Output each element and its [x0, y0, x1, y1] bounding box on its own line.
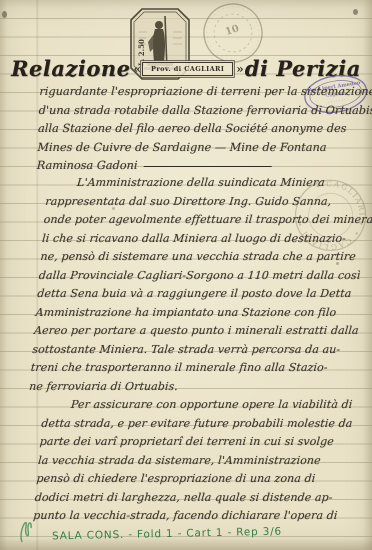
body-line: L'Amministrazione della suindicata Minie… — [46, 174, 354, 193]
subtitle-line: d'una strada rotabile dalla Stazione fer… — [38, 102, 339, 121]
subtitle-paragraph: riguardante l'espropriazione di terreni … — [36, 83, 339, 176]
subtitle-line-text: Raminosa Gadoni — [37, 159, 138, 172]
province-box: Prov. di CAGLIARI — [142, 62, 233, 76]
body-line: ne, pensò di sistemare una vecchia strad… — [40, 248, 348, 267]
subtitle-line: riguardante l'espropriazione di terreni … — [39, 83, 340, 102]
body-paragraph-1: L'Amministrazione della suindicata Minie… — [28, 174, 353, 396]
subtitle-line: Raminosa Gadoni — [36, 157, 337, 176]
body-line: Amministrazione ha impiantato una Stazio… — [35, 304, 343, 323]
document-title: Relazione « Prov. di CAGLIARI » di Periz… — [30, 56, 342, 81]
ornament-left-icon: « — [134, 62, 140, 76]
body-line: la vecchia strada da sistemare, l'Ammini… — [37, 452, 345, 471]
body-line: detta strada, e per evitare future proba… — [40, 415, 348, 434]
subtitle-line: Mines de Cuivre de Sardaigne — Mine de F… — [37, 139, 338, 158]
body-line: sottostante Miniera. Tale strada verrà p… — [32, 341, 340, 360]
body-line: treni che trasporteranno il minerale fin… — [30, 359, 338, 378]
body-line: detta Sena buia và a raggiungere il post… — [36, 285, 344, 304]
title-left: Relazione — [11, 56, 130, 81]
body-line: pensò di chiedere l'espropriazione di un… — [36, 470, 344, 489]
body-line: dodici metri di larghezza, nella quale s… — [34, 489, 342, 508]
body-line: dalla Provinciale Cagliari-Sorgono a 110… — [38, 267, 346, 286]
body-line: Aereo per portare a questo punto i miner… — [33, 322, 341, 341]
body-line: punto la vecchia-strada, facendo dichiar… — [32, 507, 340, 526]
pen-flourish-icon — [14, 512, 48, 550]
body-line: Per assicurare con opportune opere la vi… — [42, 396, 350, 415]
archival-note: SALA CONS. - Fold 1 - Cart 1 - Rep 3/6 — [52, 526, 282, 543]
body-line: li che si ricavano dalla Miniera al luog… — [41, 230, 349, 249]
ornament-right-icon: » — [236, 62, 242, 76]
body-line: onde poter agevolmente effettuare il tra… — [43, 211, 351, 230]
body-line: ne ferroviaria di Ortuabis. — [28, 378, 336, 397]
ink-speck — [2, 11, 7, 18]
postmark-day: 10 — [224, 23, 241, 38]
fill-rule — [143, 166, 271, 167]
body-paragraph-2: Per assicurare con opportune opere la vi… — [32, 396, 349, 526]
subtitle-line: alla Stazione del filo aereo della Socié… — [38, 120, 339, 139]
scanned-document-page: { "document": { "title": { "word1": "Rel… — [0, 0, 372, 550]
body-line: parte dei varî proprietarî dei terreni i… — [39, 433, 347, 452]
body-line: rappresentata dal suo Direttore Ing. Gui… — [44, 193, 352, 212]
ink-speck — [353, 9, 358, 15]
